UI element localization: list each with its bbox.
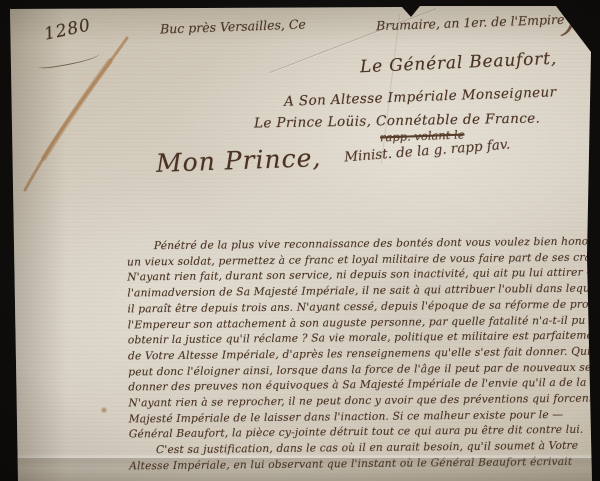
dateline-place: Buc près Versailles, Ce: [160, 16, 306, 36]
dateline-flourish: ): [560, 5, 579, 42]
recipient-line-1: A Son Altesse Impériale Monseigneur: [284, 84, 557, 110]
pen-slash-mark: [13, 28, 153, 203]
fold-shadow: [8, 458, 592, 481]
letter-photograph: 1280 Buc près Versailles, Ce Brumaire, a…: [0, 0, 600, 481]
letter-paper: 1280 Buc près Versailles, Ce Brumaire, a…: [8, 6, 592, 481]
salutation: Mon Prince,: [156, 143, 322, 178]
recipient-line-2: Le Prince Loüis, Connétable de France.: [254, 111, 541, 132]
letter-body: Pénétré de la plus vive reconnaissance d…: [127, 234, 594, 474]
foxing-spot: [100, 407, 108, 413]
sender-line: Le Général Beaufort,: [360, 49, 558, 78]
